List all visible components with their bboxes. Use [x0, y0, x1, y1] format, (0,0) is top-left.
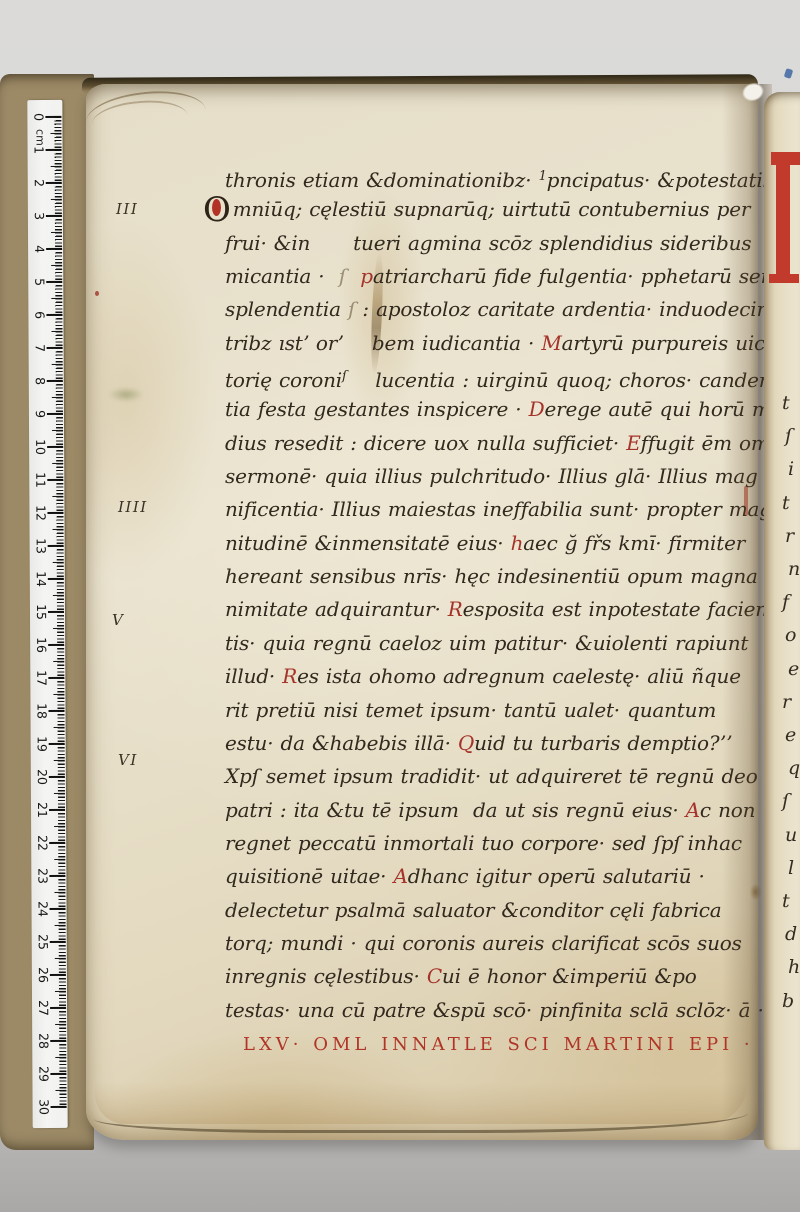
ruler-half-tick — [55, 1090, 66, 1092]
ruler-cm-tick — [46, 149, 62, 151]
ink-speck — [95, 291, 99, 296]
text-segment — [346, 264, 360, 288]
text-line: estu· da &habebis illā· Quid tu turbaris… — [225, 727, 768, 760]
ruler-number: 13 — [34, 538, 48, 554]
ruler-half-tick — [53, 595, 64, 597]
text-line: torię coroniſ lucentia : uirginū quoq; c… — [225, 360, 768, 393]
text-line: micantia · ſ patriarcharū fide fulgentia… — [225, 260, 768, 293]
facing-text-fragment: e — [785, 724, 796, 746]
ruler-half-tick — [52, 331, 63, 333]
text-segment: illud· — [225, 664, 282, 688]
ruler-half-tick — [54, 793, 65, 795]
ruler-number: 10 — [33, 439, 47, 455]
facing-text-fragment: t — [782, 890, 790, 912]
ruler-cm-tick — [50, 941, 66, 943]
text-line: thronis etiam &dominationibz· 1pncipatus… — [225, 160, 768, 193]
ruler-number: 26 — [36, 967, 50, 983]
text-segment: testas· una cū patre &spū scō· pinfinita… — [225, 998, 764, 1022]
decorated-initial: O — [203, 190, 231, 230]
facing-initial-fragment — [769, 274, 799, 283]
ruler-number: 23 — [35, 868, 49, 884]
ruler-cm-tick — [46, 281, 62, 283]
text-segment: hereant sensibus nrīs· hęc indesinentiū … — [225, 564, 758, 588]
red-versal: Q — [458, 731, 474, 755]
ruler-cm-tick — [47, 479, 63, 481]
ruler-number: 15 — [34, 604, 48, 620]
text-segment: dius resedit : dicere uox nulla sufficie… — [225, 431, 626, 455]
parchment-smudge — [108, 387, 144, 402]
text-segment: patri : ita &tu tē ipsum da ut sis regnū… — [225, 798, 686, 822]
ruler-cm-tick — [49, 875, 65, 877]
facing-text-fragment: r — [785, 525, 794, 547]
facing-page-sliver: tſitrnfoereqſultdhb — [764, 92, 800, 1150]
text-segment: Lxv· oml innatle sci martini epi · — [243, 1034, 754, 1055]
text-segment: aec ğ fřs kmī· firmiter — [523, 531, 745, 555]
text-line: patri : ita &tu tē ipsum da ut sis regnū… — [225, 794, 768, 827]
ruler-half-tick — [53, 628, 64, 630]
ruler-number: 2 — [32, 175, 46, 191]
text-line: nitudinē &inmensitatē eius· haec ğ fřs k… — [225, 527, 768, 560]
facing-text-fragment: t — [782, 492, 790, 514]
text-line: nimitate adquirantur· Resposita est inpo… — [225, 593, 768, 626]
text-segment: frui· &in tueri agmina scōz splendidius … — [225, 231, 751, 255]
text-line: torq; mundi · qui coronis aureis clarifi… — [225, 927, 768, 960]
ruler-number: 12 — [33, 505, 47, 521]
ruler-half-tick — [52, 364, 63, 366]
red-versal: E — [626, 431, 640, 455]
facing-text-fragment: t — [782, 392, 790, 414]
text-segment: dhanc igitur operū salutariū · — [408, 864, 705, 888]
ruler-number: 14 — [34, 571, 48, 587]
text-segment: tia festa gestantes inspicere · — [225, 397, 529, 421]
facing-text-fragment: i — [788, 458, 794, 480]
facing-text-fragment: d — [785, 923, 797, 945]
text-segment: tribz ıstʼ orʼ bem iudicantia · — [225, 331, 541, 355]
text-line: hereant sensibus nrīs· hęc indesinentiū … — [225, 560, 768, 593]
red-versal: M — [541, 331, 561, 355]
ruler-half-tick — [55, 1057, 66, 1059]
text-line: testas· una cū patre &spū scō· pinfinita… — [225, 994, 768, 1027]
ruler-number: 5 — [32, 274, 46, 290]
manuscript-photo: 0123456789101112131415161718192021222324… — [0, 0, 800, 1212]
ruler-half-tick — [54, 892, 65, 894]
margin-numeral: V — [112, 611, 124, 629]
ruler-half-tick — [55, 1024, 66, 1026]
text-segment: nificentia· Illius maiestas ineffabilia … — [225, 497, 772, 521]
ruler-cm-tick — [49, 743, 65, 745]
ruler-half-tick — [52, 430, 63, 432]
ruler-cm-tick — [50, 1007, 66, 1009]
ruler-number: 7 — [33, 340, 47, 356]
text-segment: micantia · — [225, 264, 339, 288]
ruler-cm-tick — [48, 578, 64, 580]
ruler-cm-tick — [46, 314, 62, 316]
ruler-cm-tick — [48, 611, 64, 613]
ruler-cm-tick — [49, 809, 65, 811]
text-segment: estu· da &habebis illā· — [225, 731, 458, 755]
text-segment: es ista ohomo adregnum caelestę· aliū ñq… — [297, 664, 741, 688]
red-versal: A — [393, 864, 407, 888]
ruler-cm-tick — [47, 347, 63, 349]
ruler-number: 9 — [33, 406, 47, 422]
facing-text-fragment: ſ — [782, 790, 789, 812]
ruler-half-tick — [51, 298, 62, 300]
ruler-cm-tick — [46, 248, 62, 250]
text-segment: Xpſ semet ipsum tradidit· ut adquireret … — [225, 764, 758, 788]
initial-red-infill — [212, 199, 221, 216]
text-line: rit pretiū nisi temet ipsum· tantū ualet… — [225, 694, 768, 727]
text-line: delectetur psalmā saluator &conditor cęl… — [225, 894, 768, 927]
red-versal: p — [360, 264, 373, 288]
ruler-half-tick — [53, 529, 64, 531]
ruler-number: 28 — [36, 1033, 50, 1049]
ruler-cm-tick — [49, 842, 65, 844]
text-line: sermonē· quia illius pulchritudo· Illius… — [225, 460, 768, 493]
text-line: tia festa gestantes inspicere · Derege a… — [225, 393, 768, 426]
ruler-cm-tick — [50, 908, 66, 910]
facing-text-fragment: o — [785, 624, 796, 646]
ruler-cm-tick — [46, 215, 62, 217]
ruler-number: 0 — [31, 109, 45, 125]
ruler-cm-tick — [48, 545, 64, 547]
text-segment: 1 — [539, 169, 547, 184]
cm-ruler: 0123456789101112131415161718192021222324… — [27, 100, 67, 1128]
text-line: dius resedit : dicere uox nulla sufficie… — [225, 427, 768, 460]
ruler-number: 19 — [35, 736, 49, 752]
ruler-half-tick — [52, 496, 63, 498]
ruler-number: 11 — [33, 472, 47, 488]
ruler-number: 24 — [36, 901, 50, 917]
ruler-half-tick — [52, 397, 63, 399]
facing-text-fragment: b — [782, 990, 794, 1012]
text-line: nificentia· Illius maiestas ineffabilia … — [225, 493, 768, 526]
text-line: frui· &in tueri agmina scōz splendidius … — [225, 227, 768, 260]
facing-text-fragment: h — [788, 956, 800, 978]
facing-text-fragment: l — [788, 857, 794, 879]
ruler-half-tick — [52, 463, 63, 465]
ruler-half-tick — [51, 232, 62, 234]
ruler-half-tick — [53, 661, 64, 663]
text-line: quisitionē uitae· Adhanc igitur operū sa… — [225, 860, 768, 893]
margin-numeral: IIII — [118, 498, 148, 516]
text-line: inregnis cęlestibus· Cui ē honor &imperi… — [225, 960, 768, 993]
ruler-number: 8 — [33, 373, 47, 389]
ruler-cm-tick — [47, 380, 63, 382]
facing-text-fragment: n — [788, 558, 800, 580]
ruler-number: 20 — [35, 769, 49, 785]
text-segment: torq; mundi · qui coronis aureis clarifi… — [225, 931, 742, 955]
ruler-half-tick — [55, 958, 66, 960]
text-line: Xpſ semet ipsum tradidit· ut adquireret … — [225, 760, 768, 793]
ruler-cm-tick — [47, 512, 63, 514]
ruler-cm-tick — [47, 413, 63, 415]
rubric-line: Lxv· oml innatle sci martini epi · — [243, 1027, 768, 1060]
text-line: tis· quia regnū caeloz uim patitur· &uio… — [225, 627, 768, 660]
facing-text-fragment: e — [788, 658, 799, 680]
ruler-number: 27 — [36, 1000, 50, 1016]
text-segment: uid tu turbaris demptio?ʼʼ — [474, 731, 732, 755]
red-versal: C — [427, 964, 442, 988]
facing-initial-fragment — [776, 160, 790, 278]
ruler-half-tick — [50, 133, 61, 135]
red-versal: R — [282, 664, 297, 688]
text-segment: rit pretiū nisi temet ipsum· tantū ualet… — [225, 698, 716, 722]
ruler-half-tick — [51, 265, 62, 267]
ruler-number: 25 — [36, 934, 50, 950]
ruler-number: 17 — [34, 670, 48, 686]
ruler-cm-tick — [50, 974, 66, 976]
ruler-cm-tick — [46, 182, 62, 184]
ruler-number: 4 — [32, 241, 46, 257]
ruler-cm-tick — [48, 677, 64, 679]
facing-text-fragment: u — [785, 824, 797, 846]
text-segment: regnet peccatū inmortali tuo corpore· se… — [225, 831, 742, 855]
text-segment: splendentia — [225, 297, 348, 321]
bookmark-speck — [784, 68, 793, 79]
ruler-half-tick — [53, 694, 64, 696]
ruler-half-tick — [54, 826, 65, 828]
ruler-half-tick — [53, 562, 64, 564]
ruler-number: 29 — [36, 1066, 50, 1082]
text-segment: mniūq; cęlestiū supnarūq; uirtutū contub… — [233, 197, 751, 221]
ruler-cm-tick — [49, 710, 65, 712]
text-segment: ſ — [339, 264, 346, 288]
ruler-half-tick — [55, 925, 66, 927]
text-segment: delectetur psalmā saluator &conditor cęl… — [225, 898, 722, 922]
ruler-half-tick — [51, 166, 62, 168]
text-segment: torię coroni — [225, 368, 342, 392]
text-line: illud· Res ista ohomo adregnum caelestę·… — [225, 660, 768, 693]
text-segment: lucentia : uirginū quoq; choros· canden — [347, 368, 772, 392]
ruler-number: 3 — [32, 208, 46, 224]
text-segment: : apostoloz caritate ardentia· induodeci… — [355, 297, 775, 321]
text-line: splendentia ſ : apostoloz caritate arden… — [225, 293, 768, 326]
ruler-number: 22 — [35, 835, 49, 851]
ruler-half-tick — [54, 760, 65, 762]
facing-text-fragment: ſ — [785, 425, 792, 447]
text-line: Omniūq; cęlestiū supnarūq; uirtutū contu… — [203, 193, 768, 226]
ruler-number: 16 — [34, 637, 48, 653]
ruler-cm-tick — [48, 644, 64, 646]
text-segment: nitudinē &inmensitatē eius· — [225, 531, 511, 555]
text-segment: nimitate adquirantur· — [225, 597, 448, 621]
ruler-half-tick — [51, 199, 62, 201]
ruler-unit-label: cm — [32, 129, 46, 145]
red-versal: A — [686, 798, 700, 822]
text-line: tribz ıstʼ orʼ bem iudicantia · Martyrū … — [225, 327, 768, 360]
facing-text-fragment: r — [782, 691, 791, 713]
ruler-cm-tick — [50, 1073, 66, 1075]
text-segment: inregnis cęlestibus· — [225, 964, 427, 988]
red-versal: h — [511, 531, 524, 555]
ruler-half-tick — [55, 991, 66, 993]
ruler-cm-tick — [51, 1106, 67, 1108]
ruler-half-tick — [54, 727, 65, 729]
manuscript-text-block: thronis etiam &dominationibz· 1pncipatus… — [203, 160, 768, 1060]
text-line: regnet peccatū inmortali tuo corpore· se… — [225, 827, 768, 860]
ruler-number: 30 — [37, 1099, 51, 1115]
ruler-number: 21 — [35, 802, 49, 818]
red-versal: D — [529, 397, 545, 421]
text-segment: tis· quia regnū caeloz uim patitur· &uio… — [225, 631, 748, 655]
ruler-cm-tick — [47, 446, 63, 448]
ruler-number: 6 — [32, 307, 46, 323]
ruler-half-tick — [54, 859, 65, 861]
facing-text-fragment: q — [788, 757, 800, 779]
facing-text-fragment: f — [782, 591, 789, 613]
text-segment: thronis etiam &dominationibz· — [225, 168, 539, 192]
text-segment: quisitionē uitae· — [225, 864, 393, 888]
ruler-cm-tick — [45, 116, 61, 118]
margin-numeral: VI — [118, 751, 138, 769]
ruler-number: 18 — [34, 703, 48, 719]
ruler-cm-tick — [49, 776, 65, 778]
page-bottom-edge — [94, 1096, 748, 1133]
ruler-cm-tick — [50, 1040, 66, 1042]
text-segment: sermonē· quia illius pulchritudo· Illius… — [225, 464, 758, 488]
text-segment: ui ē honor &imperiū &po — [442, 964, 697, 988]
red-versal: R — [448, 597, 463, 621]
margin-numeral: III — [116, 200, 138, 218]
